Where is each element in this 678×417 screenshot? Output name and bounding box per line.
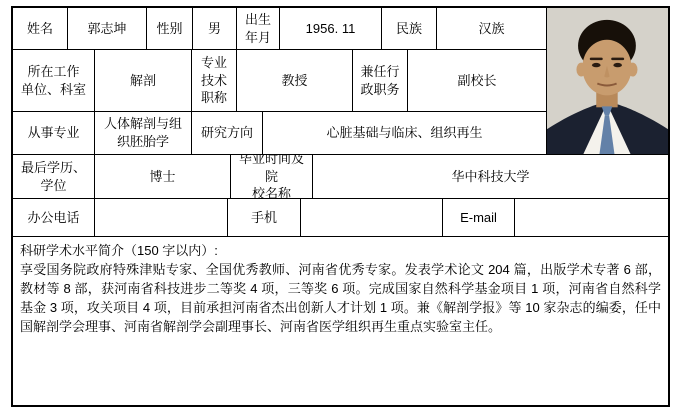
mobile-value [301,199,443,237]
gender-label: 性别 [147,8,193,50]
profile-photo-cell [547,8,668,155]
gender-value: 男 [193,8,237,50]
birth-label: 出生 年月 [237,8,280,50]
row-contacts: 办公电话 手机 E-mail [13,199,668,237]
profession-value: 人体解剖与组 织胚胎学 [95,112,192,155]
ethnicity-label: 民族 [382,8,437,50]
professional-title-label: 专业 技术 职称 [192,50,237,112]
ethnicity-value: 汉族 [437,8,547,50]
top-section: 姓名 郭志坤 性别 男 出生 年月 1956. 11 民族 汉族 所在工作 单位… [13,8,668,155]
research-direction-label: 研究方向 [192,112,263,155]
professional-title-value: 教授 [237,50,353,112]
degree-label: 最后学历、 学位 [13,155,95,199]
work-unit-value: 解剖 [95,50,192,112]
graduation-value: 华中科技大学 [313,155,668,199]
birth-value: 1956. 11 [280,8,382,50]
admin-post-value: 副校长 [408,50,547,112]
row-work-unit: 所在工作 单位、科室 解剖 专业 技术 职称 教授 兼任行 政职务 副校长 [13,50,547,112]
mobile-label: 手机 [228,199,301,237]
profession-label: 从事专业 [13,112,95,155]
work-unit-label: 所在工作 单位、科室 [13,50,95,112]
row-degree: 最后学历、 学位 博士 毕业时间及院 校名称 华中科技大学 [13,155,668,199]
name-label: 姓名 [13,8,68,50]
summary-heading: 科研学术水平简介（150 字以内）: [20,241,661,260]
office-phone-label: 办公电话 [13,199,95,237]
email-value [515,199,668,237]
research-direction-value: 心脏基础与临床、组织再生 [263,112,547,155]
eye-left [592,63,601,67]
row-basic-info: 姓名 郭志坤 性别 男 出生 年月 1956. 11 民族 汉族 [13,8,547,50]
profile-photo [547,8,668,154]
personnel-form-table: 姓名 郭志坤 性别 男 出生 年月 1956. 11 民族 汉族 所在工作 单位… [11,6,670,407]
degree-value: 博士 [95,155,231,199]
eyebrow-left [590,58,603,60]
summary-text: 享受国务院政府特殊津贴专家、全国优秀教师、河南省优秀专家。发表学术论文 204 … [20,260,661,336]
office-phone-value [95,199,228,237]
email-label: E-mail [443,199,515,237]
eyebrow-right [611,58,624,60]
row-summary: 科研学术水平简介（150 字以内）: 享受国务院政府特殊津贴专家、全国优秀教师、… [13,237,668,405]
name-value: 郭志坤 [68,8,147,50]
admin-post-label: 兼任行 政职务 [353,50,408,112]
row-profession: 从事专业 人体解剖与组 织胚胎学 研究方向 心脏基础与临床、组织再生 [13,112,547,155]
summary-section: 科研学术水平简介（150 字以内）: 享受国务院政府特殊津贴专家、全国优秀教师、… [13,237,668,405]
graduation-label: 毕业时间及院 校名称 [231,155,313,199]
eye-right [613,63,622,67]
